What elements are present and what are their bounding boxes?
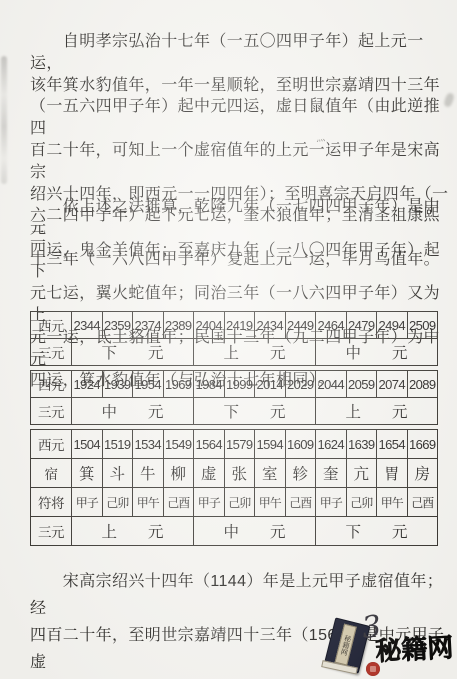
table-row-xiyuan: 西元 2344 2359 2374 2389 2404 2419 2434 24… <box>31 312 438 339</box>
table-row-mansion: 宿 箕 斗 牛 柳 虚 张 室 轸 奎 亢 胃 房 <box>31 459 438 488</box>
book-title-strip: 秘籍网 <box>335 624 357 666</box>
row-label: 三元 <box>31 517 72 546</box>
year-cell: 1924 <box>72 371 103 398</box>
row-label: 西元 <box>31 371 72 398</box>
year-cell: 2404 <box>194 312 225 339</box>
era-table-2344-2509: 西元 2344 2359 2374 2389 2404 2419 2434 24… <box>30 311 438 366</box>
era-table-1924-2089: 西元 1924 1939 1954 1969 1984 1999 2014 20… <box>30 370 438 425</box>
mansion-cell: 胃 <box>377 459 408 488</box>
stem-cell: 己酉 <box>163 488 194 517</box>
era-cell: 下 元 <box>194 398 316 425</box>
year-cell: 1939 <box>102 371 133 398</box>
table-row-stem-branch: 符将 甲子 己卯 甲午 己酉 甲子 己卯 甲午 己酉 甲子 己卯 甲午 己酉 <box>31 488 438 517</box>
year-cell: 2344 <box>72 312 103 339</box>
stem-cell: 己酉 <box>407 488 438 517</box>
mansion-cell: 柳 <box>163 459 194 488</box>
year-cell: 1549 <box>163 430 194 459</box>
year-cell: 2389 <box>163 312 194 339</box>
row-label: 三元 <box>31 339 72 366</box>
mansion-cell: 张 <box>224 459 255 488</box>
stem-cell: 甲子 <box>316 488 347 517</box>
table-row-xiyuan: 西元 1504 1519 1534 1549 1564 1579 1594 16… <box>31 430 438 459</box>
stem-cell: 甲午 <box>133 488 164 517</box>
year-cell: 1969 <box>163 371 194 398</box>
year-cell: 2434 <box>255 312 286 339</box>
table-row-sanyuan: 三元 中 元 下 元 上 元 <box>31 398 438 425</box>
year-cell: 2089 <box>407 371 438 398</box>
mansion-cell: 房 <box>407 459 438 488</box>
year-cell: 2509 <box>407 312 438 339</box>
year-cell: 1579 <box>224 430 255 459</box>
handwritten-correction-mark: 灬 <box>315 131 324 145</box>
era-cell: 上 元 <box>316 398 438 425</box>
year-cell: 2059 <box>346 371 377 398</box>
stem-cell: 甲午 <box>377 488 408 517</box>
year-cell: 2014 <box>255 371 286 398</box>
mansion-cell: 室 <box>255 459 286 488</box>
year-cell: 2074 <box>377 371 408 398</box>
stem-cell: 甲子 <box>194 488 225 517</box>
year-cell: 2044 <box>316 371 347 398</box>
row-label: 宿 <box>31 459 72 488</box>
year-cell: 2419 <box>224 312 255 339</box>
year-cell: 1639 <box>346 430 377 459</box>
year-cell: 2449 <box>285 312 316 339</box>
era-cell: 下 元 <box>72 339 194 366</box>
table-row-sanyuan: 三元 下 元 上 元 中 元 <box>31 339 438 366</box>
era-cell: 中 元 <box>194 517 316 546</box>
era-cell: 上 元 <box>72 517 194 546</box>
year-cell: 1954 <box>133 371 164 398</box>
year-cell: 1564 <box>194 430 225 459</box>
table-row-sanyuan: 三元 上 元 中 元 下 元 <box>31 517 438 546</box>
row-label: 西元 <box>31 312 72 339</box>
year-cell: 2464 <box>316 312 347 339</box>
year-cell: 1984 <box>194 371 225 398</box>
year-cell: 1594 <box>255 430 286 459</box>
year-cell: 2374 <box>133 312 164 339</box>
stem-cell: 甲午 <box>255 488 286 517</box>
mansion-cell: 箕 <box>72 459 103 488</box>
year-cell: 1519 <box>102 430 133 459</box>
mansion-cell: 牛 <box>133 459 164 488</box>
year-cell: 1609 <box>285 430 316 459</box>
year-cell: 2029 <box>285 371 316 398</box>
year-cell: 1504 <box>72 430 103 459</box>
year-cell: 1534 <box>133 430 164 459</box>
stem-cell: 己酉 <box>285 488 316 517</box>
stem-cell: 己卯 <box>102 488 133 517</box>
year-cell: 1999 <box>224 371 255 398</box>
year-cell: 1669 <box>407 430 438 459</box>
watermark-brand-text: 秘籍网 <box>374 627 454 668</box>
era-cell: 下 元 <box>316 517 438 546</box>
mansion-cell: 奎 <box>316 459 347 488</box>
row-label: 西元 <box>31 430 72 459</box>
document-page: 自明孝宗弘治十七年（一五〇四甲子年）起上元一运， 该年箕水豹值年，一年一星顺轮，… <box>0 0 457 679</box>
mansion-cell: 亢 <box>346 459 377 488</box>
era-table-1504-1669: 西元 1504 1519 1534 1549 1564 1579 1594 16… <box>30 429 438 546</box>
row-label: 三元 <box>31 398 72 425</box>
mansion-cell: 斗 <box>102 459 133 488</box>
row-label: 符将 <box>31 488 72 517</box>
mansion-cell: 轸 <box>285 459 316 488</box>
year-cell: 1654 <box>377 430 408 459</box>
stem-cell: 甲子 <box>72 488 103 517</box>
era-cell: 上 元 <box>194 339 316 366</box>
year-cell: 2479 <box>346 312 377 339</box>
stem-cell: 己卯 <box>224 488 255 517</box>
mansion-cell: 虚 <box>194 459 225 488</box>
scan-smudge-left <box>1 56 7 184</box>
year-cell: 1624 <box>316 430 347 459</box>
year-cell: 2359 <box>102 312 133 339</box>
stem-cell: 己卯 <box>346 488 377 517</box>
era-cell: 中 元 <box>316 339 438 366</box>
era-cell: 中 元 <box>72 398 194 425</box>
year-cell: 2494 <box>377 312 408 339</box>
table-row-xiyuan: 西元 1924 1939 1954 1969 1984 1999 2014 20… <box>31 371 438 398</box>
